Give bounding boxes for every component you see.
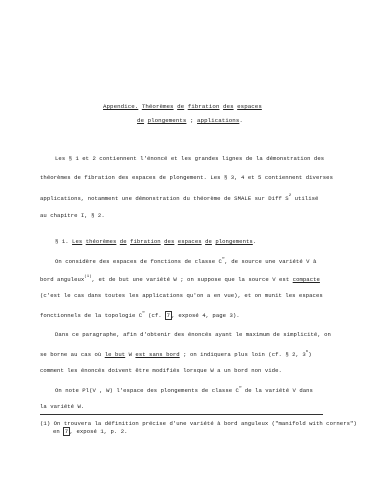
para1-line-2: bord anguleux(1), et de but une variété …: [40, 274, 320, 283]
heading-word: de: [120, 238, 127, 245]
text: bord anguleux: [40, 276, 84, 283]
emphasis: est sans bord: [135, 351, 179, 358]
text: de la variété V dans: [241, 387, 313, 394]
text: , exposé 1, p. 2.: [70, 428, 128, 435]
intro-line-3: applications, notamment une démonstratio…: [40, 193, 318, 202]
emphasis: compacte: [293, 276, 320, 283]
heading-period: .: [253, 238, 256, 245]
text: (cf.: [145, 312, 165, 319]
text: , exposé 4, page 3).: [172, 312, 240, 319]
title-word: fibration: [188, 103, 220, 110]
title-period: .: [239, 117, 243, 124]
para1-line-3: (c'est le cas dans toutes les applicatio…: [40, 292, 323, 299]
intro-text: utilisé: [291, 195, 318, 202]
emphasis: le but: [105, 351, 125, 358]
text: se borne au cas où: [40, 351, 105, 358]
footnote-marker[interactable]: (1): [84, 275, 91, 279]
text: ; on indiquera plus loin (cf. § 2, 3: [180, 351, 306, 358]
text: ): [308, 351, 311, 358]
text: fonctionnels de la topologie C: [40, 312, 142, 319]
footnote-divider: [40, 414, 323, 415]
intro-line-1: Les § 1 et 2 contiennent l'énoncé et les…: [55, 155, 324, 162]
footnote-line-1: (1) On trouvera la définition précise d'…: [40, 420, 357, 427]
title-word: Théorèmes: [142, 103, 174, 110]
para3-line-2: la variété W.: [40, 403, 84, 410]
para1-line-1: On considère des espaces de fonctions de…: [55, 256, 316, 265]
title-line-2: de plongements ; applications.: [137, 117, 243, 124]
section-number: § 1.: [55, 238, 72, 245]
title-word: de: [177, 103, 184, 110]
heading-word: fibration: [130, 238, 161, 245]
para2-line-2: se borne au cas où le but W est sans bor…: [40, 349, 312, 358]
title-word: Appendice.: [103, 103, 138, 110]
title-word: des: [223, 103, 234, 110]
text: , de source une variété V à: [224, 258, 316, 265]
heading-word: Les: [72, 238, 82, 245]
heading-word: théorèmes: [86, 238, 117, 245]
text: , et de but une variété W ; on suppose q…: [92, 276, 293, 283]
intro-text: applications, notamment une démonstratio…: [40, 195, 289, 202]
heading-word: de: [205, 238, 212, 245]
footnote-line-2: en 7, exposé 1, p. 2.: [53, 428, 128, 435]
text: en: [53, 428, 63, 435]
title-word: espaces: [237, 103, 262, 110]
title-line-1: Appendice. Théorèmes de fibration des es…: [103, 103, 262, 110]
para3-line-1: On note Pl(V , W) l'espace des plongemen…: [55, 385, 313, 394]
text: On note Pl(V , W) l'espace des plongemen…: [55, 387, 239, 394]
intro-line-2: théorèmes de fibration des espaces de pl…: [40, 174, 333, 181]
intro-line-4: au chapitre I, § 2.: [40, 212, 105, 219]
text: On considère des espaces de fonctions de…: [55, 258, 222, 265]
text: W: [125, 351, 135, 358]
heading-word: espaces: [178, 238, 202, 245]
title-word: plongements: [148, 117, 187, 124]
heading-word: plongements: [215, 238, 252, 245]
para2-line-3: comment les énoncés doivent être modifié…: [40, 367, 282, 374]
para2-line-1: Dans ce paragraphe, afin d'obtenir des é…: [55, 331, 331, 338]
title-sep: ;: [186, 117, 197, 124]
para1-line-4: fonctionnels de la topologie C∞ (cf. 7, …: [40, 310, 240, 319]
heading-word: des: [164, 238, 174, 245]
title-word: de: [137, 117, 144, 124]
title-word: applications: [197, 117, 239, 124]
section-heading: § 1. Les théorèmes de fibration des espa…: [55, 238, 256, 245]
